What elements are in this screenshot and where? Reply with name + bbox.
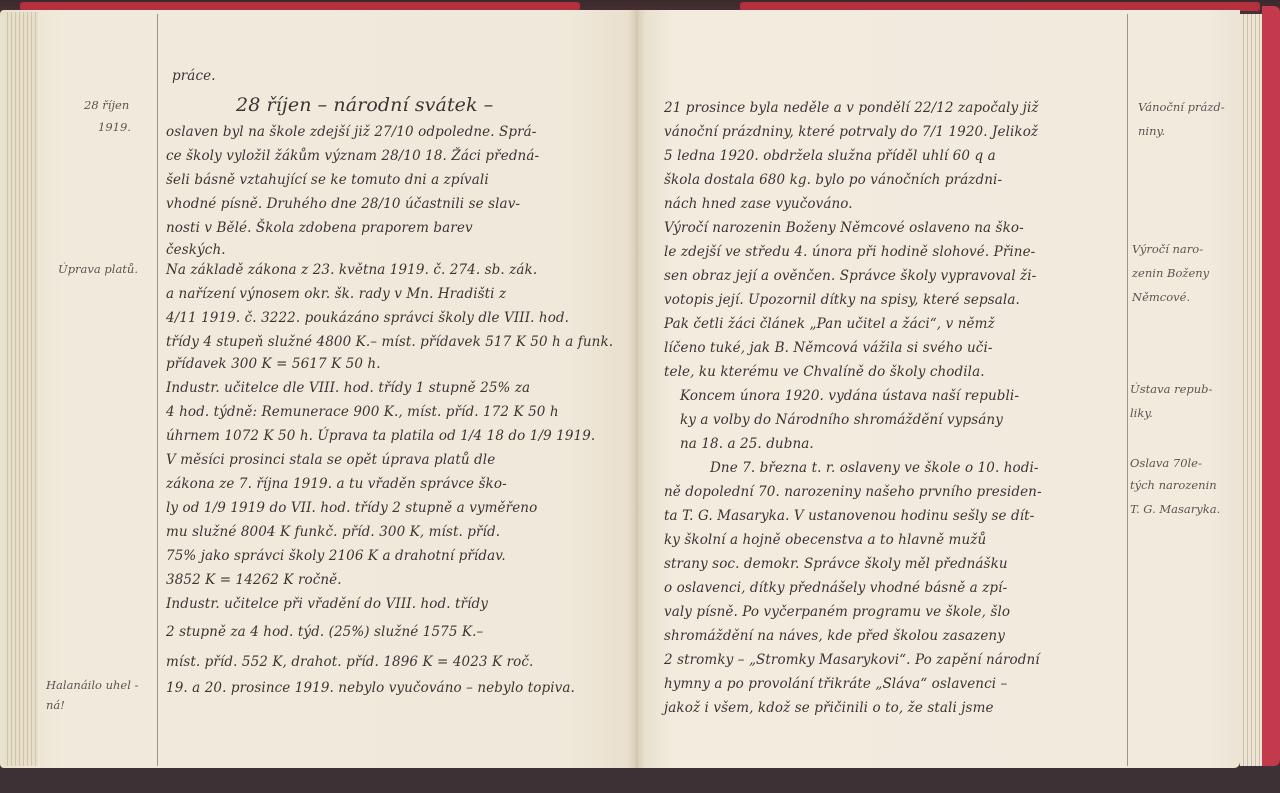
text-line: míst. příd. 552 K, drahot. příd. 1896 K …	[166, 654, 533, 670]
text-line: úhrnem 1072 K 50 h. Úprava ta platila od…	[166, 428, 595, 444]
text-line: Dne 7. března t. r. oslaveny ve škole o …	[710, 460, 1039, 476]
text-line: 75% jako správci školy 2106 K a drahotní…	[166, 548, 506, 564]
text-line: ky a volby do Národního shromáždění vyps…	[680, 412, 1003, 428]
margin-note: Ústava repub-	[1130, 382, 1212, 396]
text-line: sen obraz její a ověnčen. Správce školy …	[664, 268, 1036, 284]
text-line: Výročí narozenin Boženy Němcové oslaveno…	[664, 220, 1024, 236]
margin-note: niny.	[1138, 124, 1165, 138]
text-line: šeli básně vztahující se ke tomuto dni a…	[166, 172, 489, 188]
text-line: přídavek 300 K = 5617 K 50 h.	[166, 356, 381, 372]
text-line: líčeno tuké, jak B. Němcová vážila si sv…	[664, 340, 993, 356]
text-line: na 18. a 25. dubna.	[680, 436, 814, 452]
text-line: strany soc. demokr. Správce školy měl př…	[664, 556, 1008, 572]
text-line: nách hned zase vyučováno.	[664, 196, 853, 212]
text-line: hymny a po provolání třikráte „Sláva“ os…	[664, 676, 1007, 692]
text-line: ce školy vyložil žákům význam 28/10 18. …	[166, 148, 539, 164]
left-margin-rule	[157, 14, 158, 766]
text-line: a nařízení výnosem okr. šk. rady v Mn. H…	[166, 286, 506, 302]
margin-note: Výročí naro-	[1132, 242, 1203, 256]
margin-note: Oslava 70le-	[1130, 456, 1202, 470]
text-line: Koncem února 1920. vydána ústava naší re…	[680, 388, 1019, 404]
text-line: Pak četli žáci článek „Pan učitel a žáci…	[664, 316, 995, 332]
text-line: 5 ledna 1920. obdržela služna příděl uhl…	[664, 148, 996, 164]
page-edges-left	[4, 12, 38, 766]
text-line: Industr. učitelce dle VIII. hod. třídy 1…	[166, 380, 530, 396]
red-cover-right	[1262, 6, 1280, 766]
text-line: Na základě zákona z 23. května 1919. č. …	[166, 262, 537, 278]
text-line: jakož i všem, kdož se přičinili o to, že…	[664, 700, 994, 716]
text-line: ky školní a hojně obecenstva a to hlavně…	[664, 532, 986, 548]
text-line: škola dostala 680 kg. bylo po vánočních …	[664, 172, 1002, 188]
margin-note: Halanáilo uhel -	[46, 678, 138, 692]
text-line: ta T. G. Masaryka. V ustanovenou hodinu …	[664, 508, 1034, 524]
text-line: zákona ze 7. října 1919. a tu vřaděn spr…	[166, 476, 507, 492]
book-cover-bottom	[0, 768, 1280, 793]
text-line: 2 stromky – „Stromky Masarykovi“. Po zap…	[664, 652, 1040, 668]
text-line: V měsíci prosinci stala se opět úprava p…	[166, 452, 495, 468]
text-line: 4 hod. týdně: Remunerace 900 K., míst. p…	[166, 404, 559, 420]
text-line: vhodné písně. Druhého dne 28/10 účastnil…	[166, 196, 520, 212]
text-line: Industr. učitelce při vřadění do VIII. h…	[166, 596, 488, 612]
text-line: 3852 K = 14262 K ročně.	[166, 572, 342, 588]
text-line: 21 prosince byla neděle a v pondělí 22/1…	[664, 100, 1039, 116]
text-line: tele, ku kterému ve Chvalíně do školy ch…	[664, 364, 985, 380]
book-gutter	[628, 10, 646, 768]
text-line: le zdejší ve středu 4. února při hodině …	[664, 244, 1035, 260]
margin-note: zenin Boženy	[1132, 266, 1209, 280]
margin-note: tých narozenin	[1130, 478, 1217, 492]
text-line: mu služné 8004 K funkč. příd. 300 K, mís…	[166, 524, 500, 540]
text-line: ly od 1/9 1919 do VII. hod. třídy 2 stup…	[166, 500, 537, 516]
text-line: 28 říjen – národní svátek –	[236, 94, 493, 116]
right-margin-rule	[1127, 14, 1128, 766]
text-line: votopis její. Upozornil dítky na spisy, …	[664, 292, 1020, 308]
margin-note: 28 říjen	[84, 98, 129, 112]
page-edges-right	[1240, 14, 1262, 766]
text-line: 4/11 1919. č. 3222. poukázáno správci šk…	[166, 310, 569, 326]
margin-note: 1919.	[98, 120, 131, 134]
text-line: vánoční prázdniny, které potrvaly do 7/1…	[664, 124, 1038, 140]
margin-note: liky.	[1130, 406, 1153, 420]
text-line: 2 stupně za 4 hod. týd. (25%) služné 157…	[166, 624, 483, 640]
margin-note: ná!	[46, 698, 65, 712]
text-line: ně dopolední 70. narozeniny našeho první…	[664, 484, 1042, 500]
text-line: nosti v Bělé. Škola zdobena praporem bar…	[166, 220, 473, 236]
margin-note: Vánoční prázd-	[1138, 100, 1225, 114]
text-line: valy písně. Po vyčerpaném programu ve šk…	[664, 604, 1010, 620]
margin-note: T. G. Masaryka.	[1130, 502, 1220, 516]
text-line: oslaven byl na škole zdejší již 27/10 od…	[166, 124, 536, 140]
text-line: třídy 4 stupeň služné 4800 K.– míst. pří…	[166, 334, 613, 350]
text-line: českých.	[166, 242, 226, 258]
text-line: shromáždění na náves, kde před školou za…	[664, 628, 1005, 644]
margin-note: Němcové.	[1132, 290, 1190, 304]
text-line: o oslavenci, dítky přednášely vhodné bás…	[664, 580, 1007, 596]
text-line: 19. a 20. prosince 1919. nebylo vyučován…	[166, 680, 575, 696]
text-line: práce.	[172, 68, 216, 84]
margin-note: Úprava platů.	[58, 262, 138, 276]
